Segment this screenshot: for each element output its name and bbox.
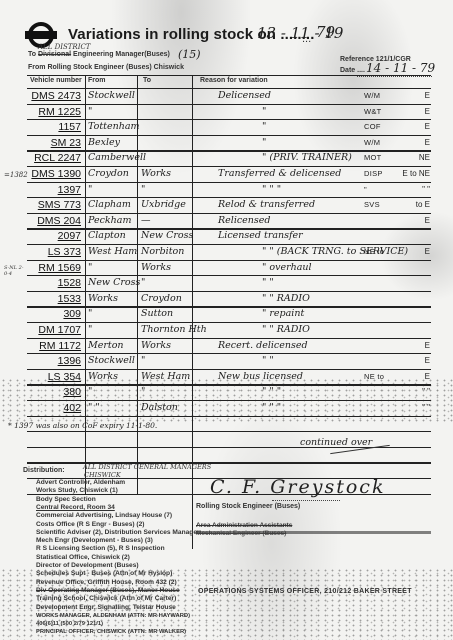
- signatory-title: Rolling Stock Engineer (Buses): [196, 503, 300, 510]
- reason: " overhaul: [262, 262, 312, 273]
- reason: Relod & transferred: [218, 199, 315, 210]
- district-code: E: [392, 247, 430, 256]
- to-garage: ": [141, 277, 145, 288]
- col-header-vehicle: Vehicle number: [30, 77, 82, 84]
- row-rule: [27, 306, 431, 307]
- sheet-number: (15): [178, 48, 201, 61]
- vehicle-number: RCL 2247: [25, 152, 81, 164]
- from-garage: Tottenham: [88, 121, 140, 132]
- to-insert-handwritten: ALL DISTRICT: [38, 43, 90, 51]
- to-label: To: [28, 51, 36, 58]
- date-value: 14 - 11 - 79: [366, 61, 435, 75]
- from-garage: Stockwell: [88, 90, 135, 101]
- from-line: From Rolling Stock Engineer (Buses) Chis…: [28, 64, 184, 71]
- footnote: * 1397 was also on CoF expiry 11-1-80.: [8, 421, 157, 430]
- row-rule: [27, 135, 431, 136]
- vehicle-number: 1528: [25, 277, 81, 289]
- reason: Transferred & delicensed: [218, 168, 341, 179]
- reason: Licensed transfer: [218, 230, 303, 241]
- status-code: COF: [364, 122, 381, 131]
- title-year-handwritten: 79: [316, 23, 335, 41]
- vehicle-number: SM 23: [25, 137, 81, 149]
- scan-noise: [0, 378, 453, 422]
- from-garage: Croydon: [88, 168, 129, 179]
- to-garage: Thornton Hth: [141, 324, 207, 335]
- reason: Relicensed: [218, 215, 271, 226]
- vehicle-number: DMS 204: [25, 215, 81, 227]
- district-code: E: [392, 356, 430, 365]
- reason: " repaint: [262, 308, 304, 319]
- signature-line: [272, 500, 340, 501]
- reason: ": [262, 121, 266, 132]
- from-garage: Works: [88, 293, 118, 304]
- district-code: E: [392, 341, 430, 350]
- reason: " " RADIO: [262, 293, 310, 304]
- row-rule: [27, 338, 431, 339]
- status-code: ": [364, 185, 367, 194]
- reason: " (PRIV. TRAINER): [262, 152, 352, 163]
- to-garage: ": [141, 184, 145, 195]
- to-garage: Works: [141, 168, 171, 179]
- to-garage: New Cross: [141, 230, 193, 241]
- row-rule: [27, 104, 431, 105]
- from-garage: Peckham: [88, 215, 131, 226]
- struck-recipient-1: Area Administration Assistants: [196, 522, 292, 529]
- date-label-text: Date: [340, 67, 355, 74]
- signature: C. F. Greystock: [210, 476, 385, 498]
- continued-over: continued over: [300, 437, 372, 448]
- vehicle-number: 1533: [25, 293, 81, 305]
- vehicle-number: DMS 2473: [25, 90, 81, 102]
- to-garage: Works: [141, 340, 171, 351]
- row-rule: [27, 244, 431, 245]
- title-text: Variations in rolling stock on: [68, 26, 276, 43]
- vehicle-number: LS 373: [25, 246, 81, 258]
- district-code: E: [392, 91, 430, 100]
- district-code: NE: [392, 153, 430, 162]
- district-code: " ": [392, 185, 430, 194]
- row-rule: [27, 260, 431, 261]
- vehicle-number: DMS 1390: [25, 168, 81, 180]
- from-garage: Bexley: [88, 137, 120, 148]
- to-garage: Croydon: [141, 293, 182, 304]
- status-code: NE to: [364, 247, 384, 256]
- reason: " ": [262, 355, 274, 366]
- from-garage: ": [88, 106, 92, 117]
- district-code: E: [392, 122, 430, 131]
- reason: " " ": [262, 184, 281, 195]
- table-top-rule: [27, 75, 431, 76]
- to-garage: Works: [141, 262, 171, 273]
- reason: " ": [262, 277, 274, 288]
- status-code: W&T: [364, 107, 382, 116]
- col-divider-reason: [192, 75, 193, 549]
- row-rule: [27, 119, 431, 120]
- reason: Delicensed: [218, 90, 271, 101]
- reason: " " RADIO: [262, 324, 310, 335]
- vehicle-number: 2097: [25, 230, 81, 242]
- from-garage: New Cross: [88, 277, 140, 288]
- row-rule: [27, 213, 431, 214]
- row-rule: [27, 353, 431, 354]
- from-garage: Clapham: [88, 199, 131, 210]
- district-code: E: [392, 107, 430, 116]
- col-header-reason: Reason for variation: [200, 77, 268, 84]
- vehicle-number: 1396: [25, 355, 81, 367]
- vehicle-number: 1397: [25, 184, 81, 196]
- from-garage: Stockwell: [88, 355, 135, 366]
- title-trailing-dots: ...: [302, 33, 311, 45]
- from-garage: ": [88, 184, 92, 195]
- status-code: SVS: [364, 200, 380, 209]
- margin-note-snl: S-NL 2-0-4: [4, 265, 24, 277]
- distribution-label: Distribution:: [23, 467, 65, 474]
- vehicle-number: 309: [25, 308, 81, 320]
- col-divider-from: [85, 75, 86, 494]
- distribution-insert-1: ALL DISTRICT GENERAL MANAGERS: [83, 463, 211, 471]
- distribution-item: PRINCIPAL OFFICER, CHISWICK (ATTN: MR WA…: [36, 627, 186, 637]
- row-rule: [27, 228, 431, 229]
- from-garage: ": [88, 308, 92, 319]
- row-rule: [27, 166, 431, 167]
- to-garage: Sutton: [141, 308, 173, 319]
- from-garage: Camberwell: [88, 152, 146, 163]
- to-text: Engineering Manager(Buses): [73, 51, 170, 58]
- district-code: to E: [392, 200, 430, 209]
- vehicle-number: DM 1707: [25, 324, 81, 336]
- vehicle-number: RM 1225: [25, 106, 81, 118]
- to-garage: ": [141, 355, 145, 366]
- from-garage: ": [88, 262, 92, 273]
- row-rule: [27, 150, 431, 151]
- vehicle-number: RM 1172: [25, 340, 81, 352]
- row-rule: [27, 275, 431, 276]
- from-garage: ": [88, 324, 92, 335]
- district-code: E: [392, 138, 430, 147]
- district-code: E: [392, 216, 430, 225]
- from-garage: Merton: [88, 340, 124, 351]
- added-recipient: OPERATIONS SYSTEMS OFFICER, 210/212 BAKE…: [198, 588, 412, 595]
- row-rule: [27, 431, 431, 432]
- row-rule: [27, 291, 431, 292]
- row-rule: [27, 182, 431, 183]
- vehicle-number: SMS 773: [25, 199, 81, 211]
- to-garage: Uxbridge: [141, 199, 186, 210]
- district-code: E to NE: [392, 169, 430, 178]
- struck-bar: [196, 531, 431, 534]
- margin-note-1382: =1382: [4, 171, 28, 179]
- to-line: To Divisional Engineering Manager(Buses): [28, 51, 170, 58]
- row-rule: [27, 369, 431, 370]
- col-header-to: To: [143, 77, 151, 84]
- from-garage: Clapton: [88, 230, 126, 241]
- reason: ": [262, 106, 266, 117]
- vehicle-number: RM 1569: [25, 262, 81, 274]
- to-struck: Divisional: [38, 51, 71, 58]
- date-label: Date ....: [340, 67, 365, 74]
- reason: Recert. delicensed: [218, 340, 308, 351]
- reason: ": [262, 137, 266, 148]
- status-code: DISP: [364, 169, 383, 178]
- to-garage: —: [141, 215, 151, 226]
- col-header-from: From: [88, 77, 106, 84]
- status-code: MOT: [364, 153, 382, 162]
- reason: " " (BACK TRNG. to SERVICE): [262, 246, 408, 257]
- row-rule: [27, 197, 431, 198]
- vehicle-number: 1157: [25, 121, 81, 133]
- header-rule: [27, 88, 431, 89]
- status-code: W/M: [364, 91, 380, 100]
- row-rule: [27, 322, 431, 323]
- to-garage: Norbiton: [141, 246, 184, 257]
- status-code: W/M: [364, 138, 380, 147]
- from-garage: West Ham: [88, 246, 137, 257]
